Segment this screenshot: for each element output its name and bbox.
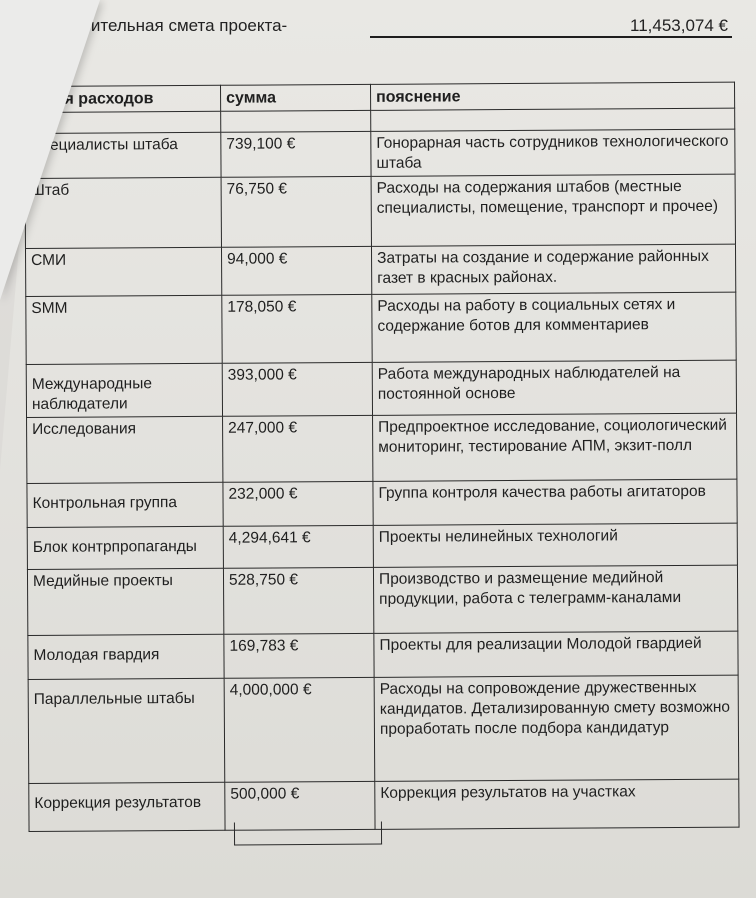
table-row: СМИ94,000 €Затраты на создание и содержа… <box>25 244 735 296</box>
item-cell: SMM <box>26 295 222 364</box>
total-underline <box>370 36 732 38</box>
amount-cell: 4,000,000 € <box>224 677 375 782</box>
table-row: Международные наблюдатели393,000 €Работа… <box>26 360 736 417</box>
amount-cell: 94,000 € <box>221 246 371 295</box>
note-cell: Проекты для реализации Молодой гвардией <box>374 631 738 677</box>
note-cell: Затраты на создание и содержание районны… <box>371 244 735 294</box>
note-cell: Гонорарная часть сотрудников технологиче… <box>371 129 735 176</box>
amount-cell: 247,000 € <box>223 415 373 482</box>
table-row: Коррекция результатов500,000 €Коррекция … <box>29 779 739 831</box>
note-cell: Работа международных наблюдателей на пос… <box>372 360 736 415</box>
table-row: Параллельные штабы4,000,000 €Расходы на … <box>28 675 739 783</box>
document-header: арительная смета проекта- 11,453,074 € <box>72 14 732 42</box>
amount-cell: 76,750 € <box>221 176 371 247</box>
amount-cell: 169,783 € <box>224 633 374 678</box>
item-cell: Коррекция результатов <box>29 782 225 831</box>
table-row: Исследования247,000 €Предпроектное иссле… <box>27 413 737 483</box>
amount-cell: 232,000 € <box>223 481 373 526</box>
note-cell: Расходы на содержания штабов (местные сп… <box>371 174 735 246</box>
note-cell: Коррекция результатов на участках <box>375 779 739 829</box>
amount-cell: 178,050 € <box>222 294 372 363</box>
table-row: SMM178,050 €Расходы на работу в социальн… <box>26 292 736 364</box>
item-cell: Параллельные штабы <box>28 678 225 783</box>
column-header-note: пояснение <box>370 82 734 110</box>
amount-cell: 4,294,641 € <box>223 525 373 568</box>
item-cell: Медийные проекты <box>27 568 223 635</box>
document-title: арительная смета проекта- <box>72 16 287 36</box>
column-header-amount: сумма <box>220 84 370 111</box>
table-row: Блок контрпропаганды4,294,641 €Проекты н… <box>27 523 737 569</box>
item-cell: Контрольная группа <box>27 482 223 527</box>
note-cell: Проекты нелинейных технологий <box>373 523 737 567</box>
note-cell: Расходы на сопровождение дружественных к… <box>374 675 739 781</box>
item-cell: Молодая гвардия <box>28 634 224 679</box>
item-cell: Исследования <box>27 416 223 483</box>
budget-table: татья расходов сумма пояснение Специалис… <box>24 82 740 832</box>
note-cell: Предпроектное исследование, социологичес… <box>373 413 737 481</box>
total-amount: 11,453,074 € <box>630 16 728 36</box>
amount-cell: 739,100 € <box>221 131 371 177</box>
amount-cell: 393,000 € <box>222 362 372 416</box>
item-cell: Блок контрпропаганды <box>27 526 223 569</box>
table-row: Специалисты штаба739,100 €Гонорарная час… <box>25 129 735 178</box>
note-cell: Производство и размещение медийной проду… <box>373 565 737 633</box>
note-cell: Расходы на работу в социальных сетях и с… <box>372 292 736 362</box>
folded-page-corner <box>0 0 100 300</box>
item-cell: Международные наблюдатели <box>26 363 222 417</box>
amount-cell: 528,750 € <box>223 567 373 634</box>
empty-trailing-cell <box>234 822 382 846</box>
table-row: Медийные проекты528,750 €Производство и … <box>27 565 737 635</box>
table-row: Контрольная группа232,000 €Группа контро… <box>27 479 737 527</box>
table-row: Молодая гвардия169,783 €Проекты для реал… <box>28 631 738 679</box>
note-cell: Группа контроля качества работы агитатор… <box>373 479 737 525</box>
table-row: Штаб76,750 €Расходы на содержания штабов… <box>25 174 735 248</box>
document-page: арительная смета проекта- 11,453,074 € т… <box>0 0 756 898</box>
